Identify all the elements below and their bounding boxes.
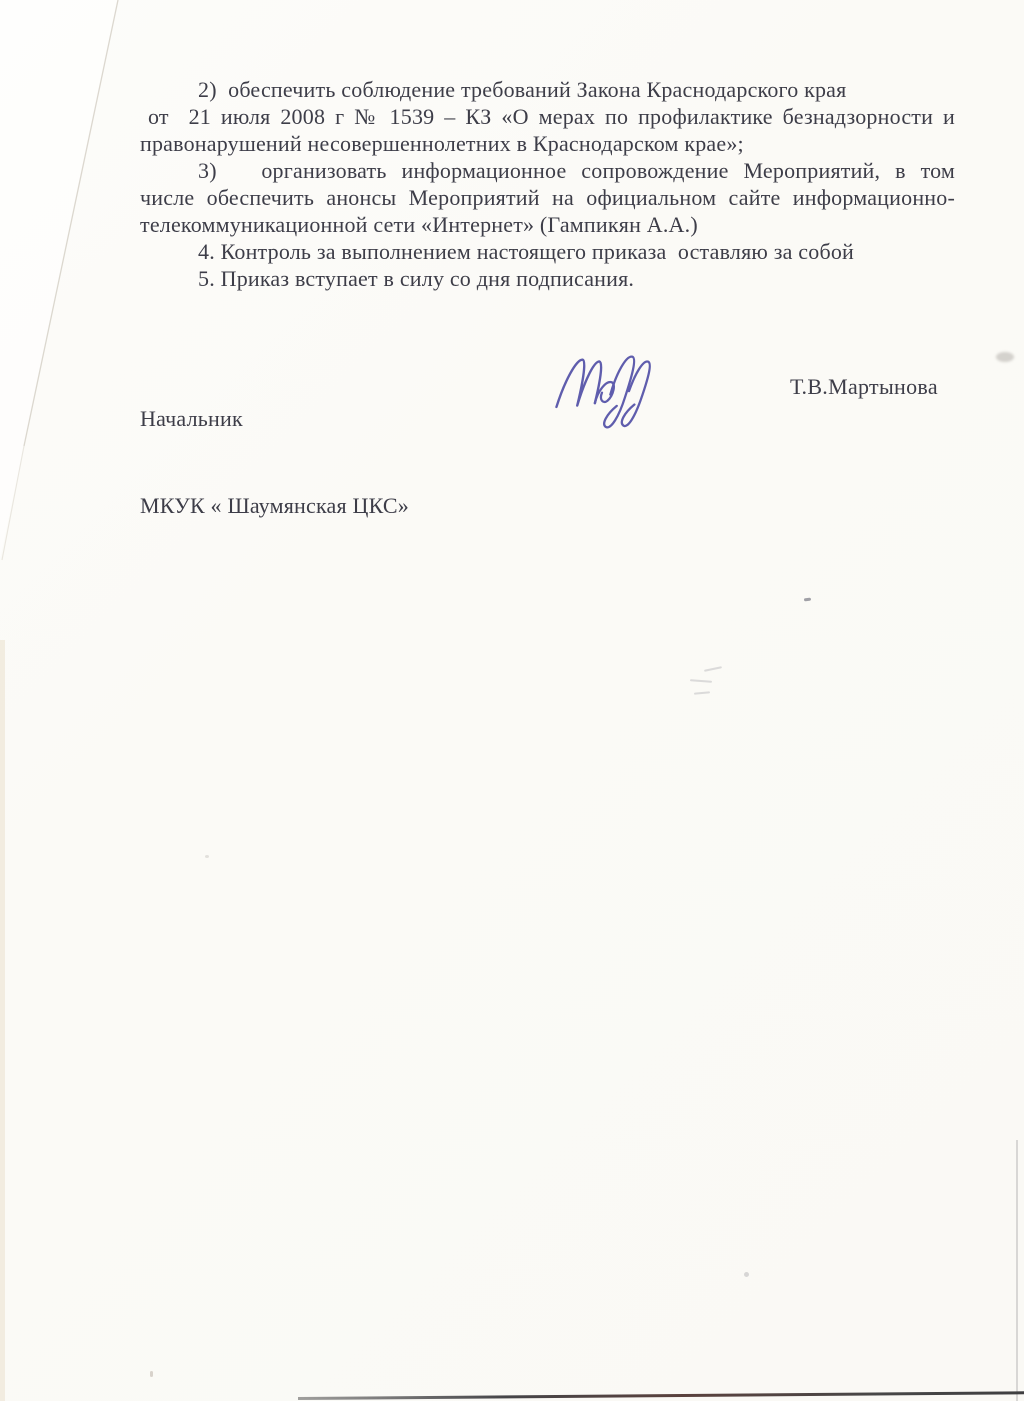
signatory-position-line2: МКУК « Шаумянская ЦКС» bbox=[140, 491, 409, 520]
order-item-2-line2: от 21 июля 2008 г № 1539 – КЗ «О мерах п… bbox=[140, 103, 955, 130]
scan-artifact-speck-4 bbox=[205, 855, 209, 858]
order-item-3-line1: 3) организовать информационное сопровожд… bbox=[140, 157, 955, 184]
scan-artifact-faint-scribble bbox=[690, 668, 736, 704]
scan-artifact-speck-1 bbox=[804, 598, 811, 602]
order-item-2-line1: 2) обеспечить соблюдение требований Зако… bbox=[140, 76, 955, 103]
scan-artifact-speck-3 bbox=[150, 1371, 153, 1377]
order-item-3-line2: числе обеспечить анонсы Мероприятий на о… bbox=[140, 184, 955, 211]
order-item-5: 5. Приказ вступает в силу со дня подписа… bbox=[140, 265, 955, 292]
order-item-4: 4. Контроль за выполнением настоящего пр… bbox=[140, 238, 955, 265]
signatory-position-line1: Начальник bbox=[140, 404, 409, 433]
order-item-2-line3: правонарушений несовершеннолетних в Крас… bbox=[140, 130, 955, 157]
handwritten-signature-icon bbox=[551, 343, 657, 437]
order-body-text: 2) обеспечить соблюдение требований Зако… bbox=[140, 76, 955, 292]
scan-artifact-left-edge-strip bbox=[0, 640, 5, 1401]
signatory-name: Т.В.Мартынова bbox=[790, 374, 938, 400]
signatory-position-title: Начальник МКУК « Шаумянская ЦКС» bbox=[140, 346, 409, 549]
scan-artifact-speck-2 bbox=[744, 1272, 749, 1277]
scanned-document-page: { "page": { "paper_color": "#fbfaf6", "t… bbox=[0, 0, 1024, 1401]
order-item-3-line3: телекоммуникационной сети «Интернет» (Га… bbox=[140, 211, 955, 238]
scan-artifact-bottom-page-edge bbox=[298, 1391, 1024, 1399]
scan-artifact-right-edge-line bbox=[1016, 1140, 1018, 1401]
scan-artifact-smudge-right bbox=[996, 352, 1014, 362]
